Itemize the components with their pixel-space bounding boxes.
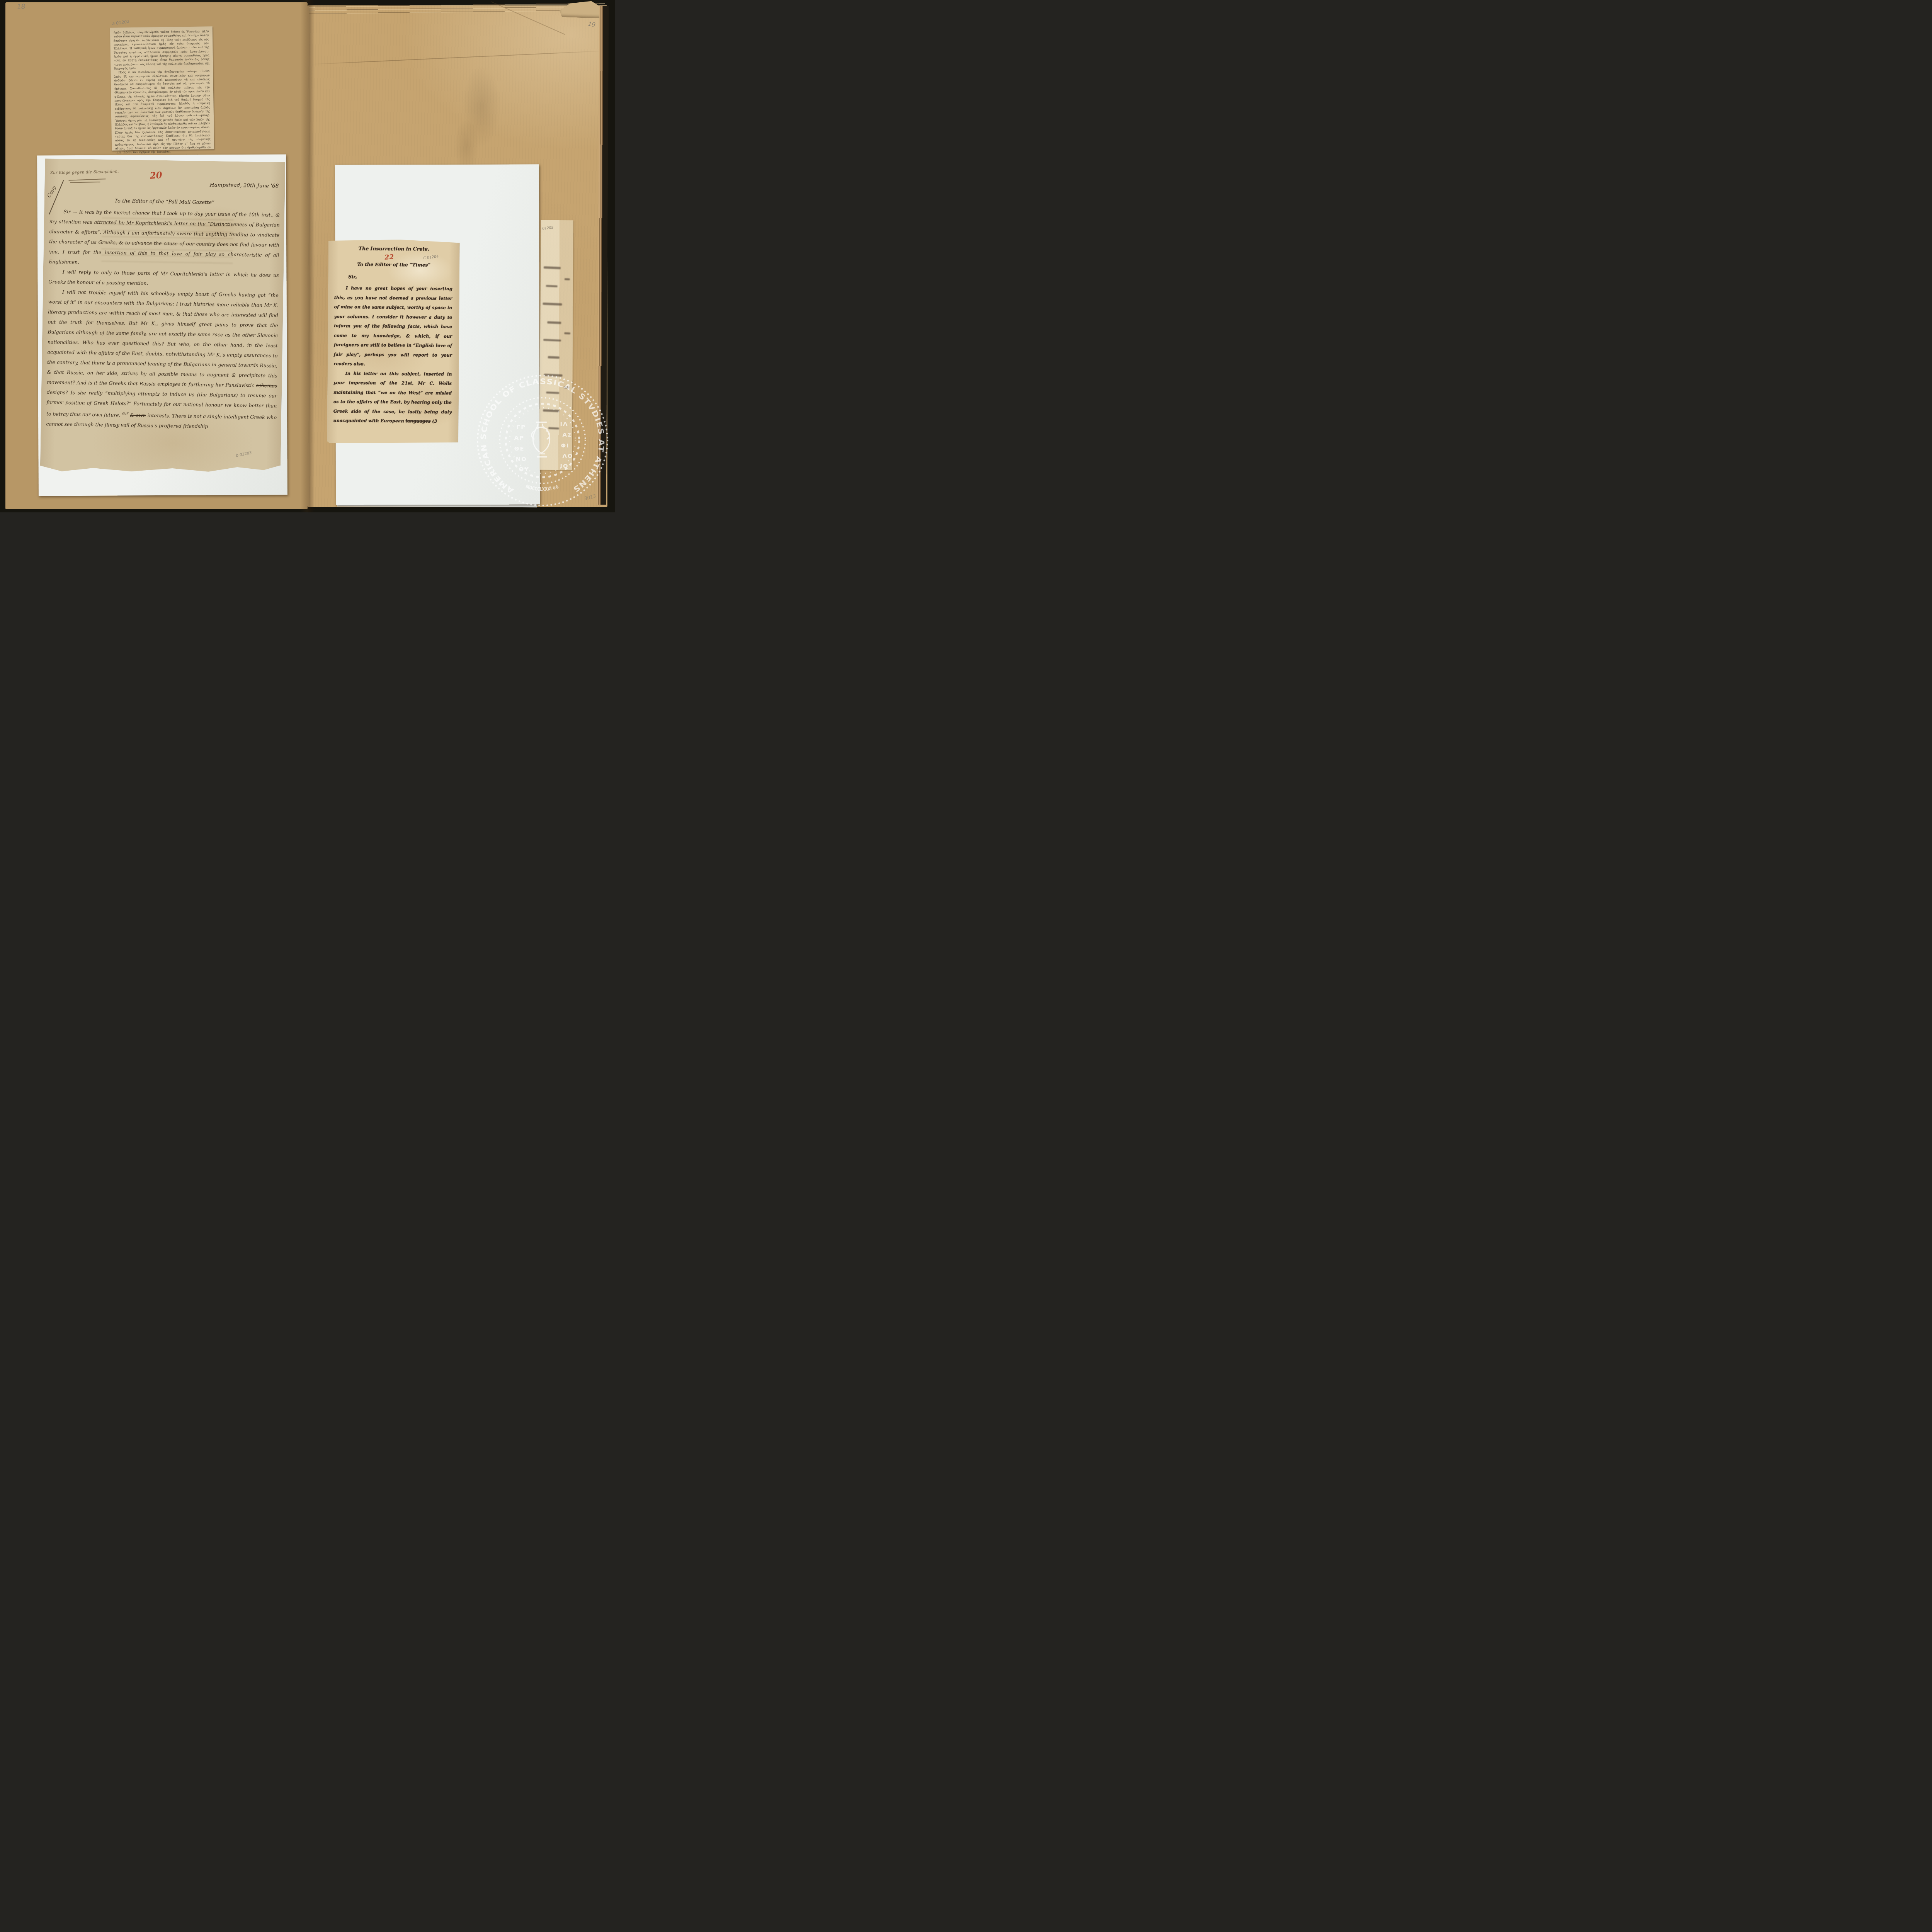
german-ink-annotation: Zur Klage gegen die Slavophilen.: [50, 169, 119, 175]
show-through-ink-mark: [564, 386, 569, 389]
letter-salutation: Sir,: [348, 274, 357, 279]
show-through-ink-mark: [543, 339, 561, 342]
scanned-scrapbook-spread: 18 19 a 01202 ἡμῶν βιβλίων, προμηθευόμεθ…: [0, 0, 615, 512]
annotation-underline: [69, 179, 106, 181]
show-through-ink-mark: [543, 303, 562, 306]
letter-dateline: Hampstead, 20th June '68: [172, 181, 279, 189]
red-item-number: 22: [384, 253, 394, 261]
letter-title: The Insurrection in Crete.: [328, 245, 460, 252]
show-through-ink-mark: [548, 356, 560, 359]
show-through-ink-mark: [544, 374, 562, 377]
translucent-folded-strip: 01205: [539, 220, 573, 470]
handwritten-letter-22: The Insurrection in Crete. 22 C 01204 To…: [327, 239, 460, 444]
show-through-ink-mark: [546, 285, 558, 287]
show-through-ink-mark: [564, 332, 570, 335]
letter-paragraph: Sir — It was by the merest chance that I…: [49, 206, 280, 270]
show-through-ink-mark: [548, 427, 559, 429]
letter-paragraph: I will not trouble myself with his schoo…: [46, 287, 279, 432]
letter-paragraph: I will reply to only to those parts of M…: [48, 267, 279, 290]
folio-number-left: 18: [17, 3, 26, 11]
folio-number-right: 19: [588, 20, 596, 29]
struck-out-word: languages: [406, 418, 431, 423]
letter-body: Sir — It was by the merest chance that I…: [46, 206, 280, 432]
letter-salutation-title: To the Editor of the “Pall Mall Gazette”: [94, 198, 235, 206]
handwritten-letter-20: Zur Klage gegen die Slavophilen. Copy 20…: [40, 158, 286, 476]
struck-out-word: schemes: [256, 383, 277, 389]
copy-mark: Copy: [46, 185, 57, 198]
show-through-ink-mark: [546, 391, 559, 394]
show-through-ink-mark: [544, 266, 561, 269]
letter-paragraph: I have no great hopes of your inserting …: [334, 283, 453, 369]
letter-salutation-title: To the Editor of the “Times”: [328, 262, 459, 268]
inserted-word: our: [122, 411, 129, 415]
pencil-catalog-code: b 01203: [236, 451, 252, 458]
annotation-underline: [70, 182, 100, 183]
red-item-number: 20: [150, 170, 163, 181]
struck-out-word: & own: [130, 412, 146, 418]
clipping-paragraph: Πρὸς τί νὰ θυσιάσωμεν τὴν ἀνεξαρτησίαν τ…: [114, 70, 211, 155]
letter-body: I have no great hopes of your inserting …: [333, 283, 452, 426]
pencil-catalog-code: C 01204: [423, 254, 439, 260]
paragraph-segment: I will not trouble myself with his schoo…: [47, 289, 279, 388]
paragraph-segment: (3: [430, 418, 437, 424]
pencil-catalog-code: 01205: [542, 226, 553, 231]
show-through-ink-mark: [543, 409, 559, 412]
book-gutter-shadow: [301, 0, 316, 512]
paragraph-segment: In his letter on this subject, inserted …: [333, 371, 452, 424]
show-through-ink-mark: [547, 321, 561, 324]
greek-newspaper-clipping: ἡμῶν βιβλίων, προμηθευόμεθα ταῦτα ἐνίοτε…: [110, 26, 214, 151]
clipping-paragraph: ἡμῶν βιβλίων, προμηθευόμεθα ταῦτα ἐνίοτε…: [114, 29, 209, 71]
show-through-ink-mark: [565, 278, 570, 281]
letter-paragraph: In his letter on this subject, inserted …: [333, 368, 452, 426]
